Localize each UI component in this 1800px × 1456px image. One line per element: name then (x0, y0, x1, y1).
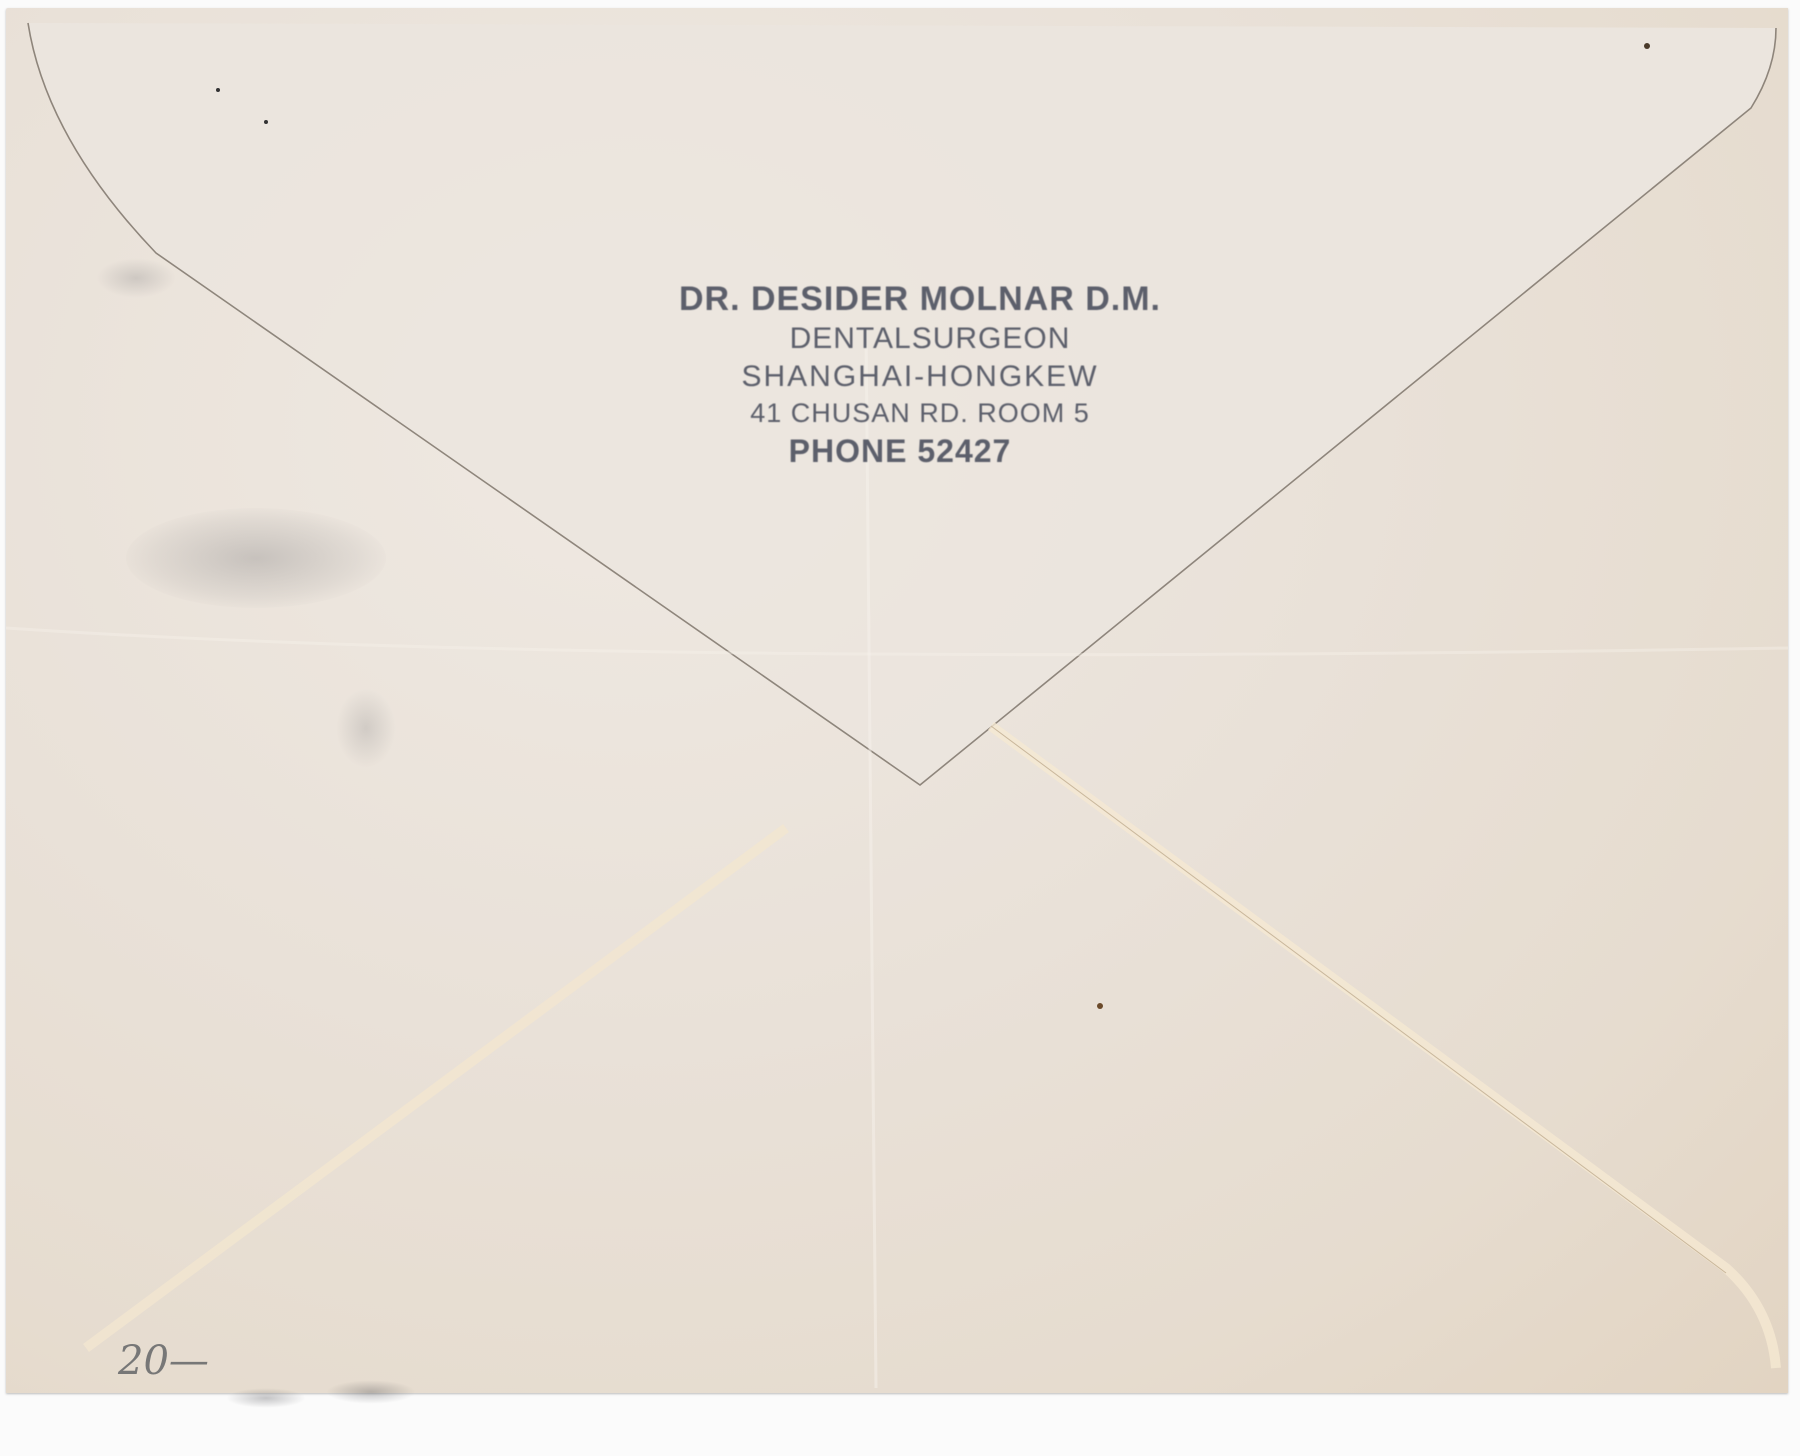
postmark-smudge (326, 1380, 416, 1404)
stamp-name: DR. DESIDER MOLNAR D.M. (650, 282, 1190, 316)
postmark-smudge (96, 258, 176, 298)
postmark-smudge (226, 1388, 306, 1408)
stamp-phone: PHONE 52427 (650, 435, 1190, 467)
postmark-smudge (336, 688, 396, 768)
return-address-stamp: DR. DESIDER MOLNAR D.M. DENTALSURGEON SH… (650, 282, 1190, 467)
stamp-address: 41 CHUSAN RD. ROOM 5 (650, 400, 1190, 427)
stamp-profession: DENTALSURGEON (650, 324, 1190, 354)
envelope (6, 8, 1788, 1393)
postmark-smudge (126, 508, 386, 608)
stamp-city: SHANGHAI-HONGKEW (650, 362, 1190, 392)
handwritten-note: 20— (118, 1338, 209, 1384)
envelope-fold-lines (6, 8, 1788, 1393)
